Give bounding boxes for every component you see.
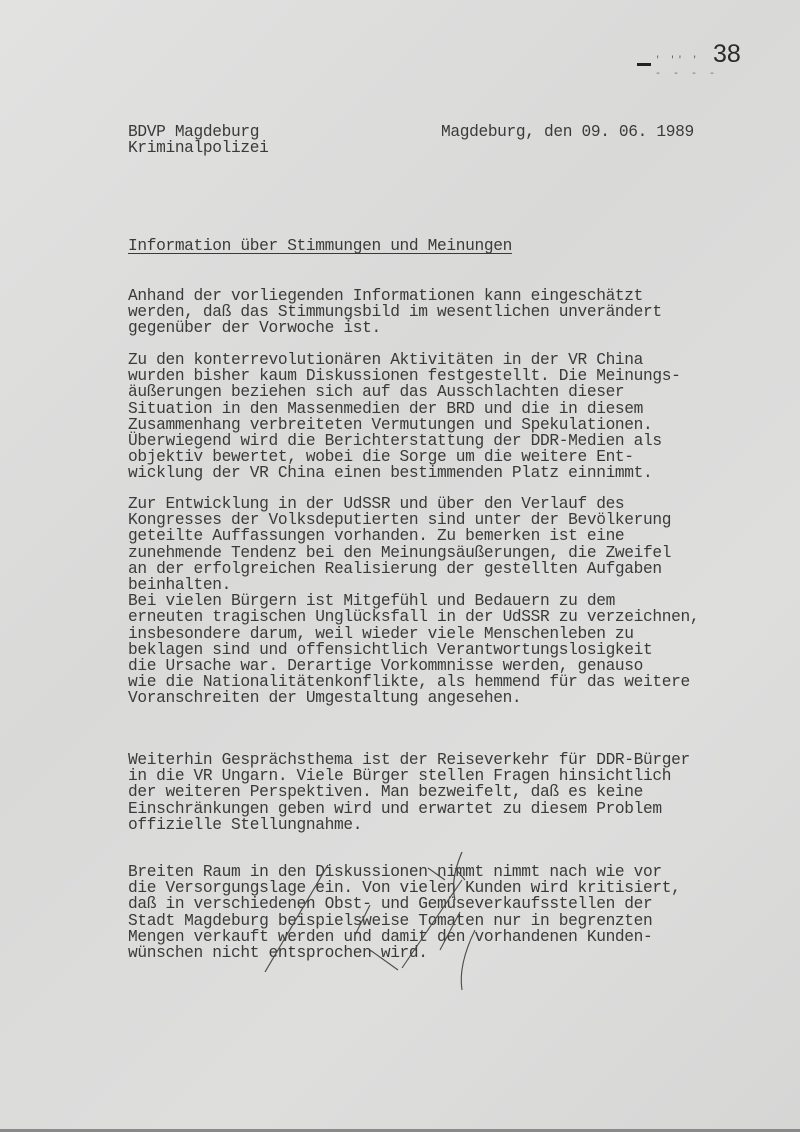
place-date: Magdeburg, den 09. 06. 1989: [441, 124, 694, 140]
paragraph-2-line: wurden bisher kaum Diskussionen festgest…: [128, 368, 680, 384]
paragraph-5-line: wünschen nicht entsprochen wird.: [128, 945, 428, 961]
paragraph-3-line: die Ursache war. Derartige Vorkommnisse …: [128, 658, 643, 674]
paragraph-2-line: Überwiegend wird die Berichterstattung d…: [128, 433, 662, 449]
paragraph-3-line: Zur Entwicklung in der UdSSR und über de…: [128, 496, 624, 512]
paragraph-3-line: beinhalten.: [128, 577, 231, 593]
page-mark-dashes: - - - -: [655, 69, 718, 80]
paragraph-3-line: beklagen sind und offensichtlich Verantw…: [128, 642, 652, 658]
sender-line-1: BDVP Magdeburg: [128, 124, 259, 140]
paragraph-1-line: gegenüber der Vorwoche ist.: [128, 320, 381, 336]
page-mark-bar: [637, 63, 651, 66]
paragraph-2-line: objektiv bewertet, wobei die Sorge um di…: [128, 449, 634, 465]
paragraph-5-line: daß in verschiedenen Obst- und Gemüsever…: [128, 896, 652, 912]
paragraph-5-line: Stadt Magdeburg beispielsweise Tomaten n…: [128, 913, 652, 929]
paragraph-3-line: erneuten tragischen Unglücksfall in der …: [128, 609, 699, 625]
paragraph-2-line: Zu den konterrevolutionären Aktivitäten …: [128, 352, 643, 368]
document-title: Information über Stimmungen und Meinunge…: [128, 238, 512, 254]
paragraph-2-line: Situation in den Massenmedien der BRD un…: [128, 401, 643, 417]
paragraph-3-line: insbesondere darum, weil wieder viele Me…: [128, 626, 634, 642]
paragraph-1-line: werden, daß das Stimmungsbild im wesentl…: [128, 304, 662, 320]
paragraph-3-line: Voranschreiten der Umgestaltung angesehe…: [128, 690, 521, 706]
paragraph-1-line: Anhand der vorliegenden Informationen ka…: [128, 288, 643, 304]
document-page: ' '' ' - - - - 38 BDVP Magdeburg Krimina…: [0, 0, 800, 1132]
paragraph-4-line: Einschränkungen geben wird und erwartet …: [128, 801, 662, 817]
paragraph-4-line: in die VR Ungarn. Viele Bürger stellen F…: [128, 768, 671, 784]
paragraph-3-line: Bei vielen Bürgern ist Mitgefühl und Bed…: [128, 593, 615, 609]
paragraph-2-line: Zusammenhang verbreiteten Vermutungen un…: [128, 417, 652, 433]
paragraph-5-line: die Versorgungslage ein. Von vielen Kund…: [128, 880, 680, 896]
paragraph-2-line: wicklung der VR China einen bestimmenden…: [128, 465, 652, 481]
paragraph-4-line: Weiterhin Gesprächsthema ist der Reiseve…: [128, 752, 690, 768]
paragraph-3-line: Kongresses der Volksdeputierten sind unt…: [128, 512, 671, 528]
paragraph-5-line: Mengen verkauft werden und damit den vor…: [128, 929, 652, 945]
paragraph-4-line: der weiteren Perspektiven. Man bezweifel…: [128, 784, 643, 800]
paragraph-3-line: geteilte Auffassungen vorhanden. Zu beme…: [128, 528, 624, 544]
paragraph-4-line: offizielle Stellungnahme.: [128, 817, 362, 833]
paragraph-2-line: äußerungen beziehen sich auf das Ausschl…: [128, 384, 624, 400]
sender-line-2: Kriminalpolizei: [128, 140, 268, 156]
paragraph-3-line: an der erfolgreichen Realisierung der ge…: [128, 561, 662, 577]
page-mark-dots: ' '' ': [655, 55, 699, 65]
page-number: 38: [713, 40, 741, 69]
paragraph-3-line: wie die Nationalitätenkonflikte, als hem…: [128, 674, 690, 690]
paragraph-5-line: Breiten Raum in den Diskussionen nimmt n…: [128, 864, 662, 880]
paragraph-3-line: zunehmende Tendenz bei den Meinungsäußer…: [128, 545, 671, 561]
